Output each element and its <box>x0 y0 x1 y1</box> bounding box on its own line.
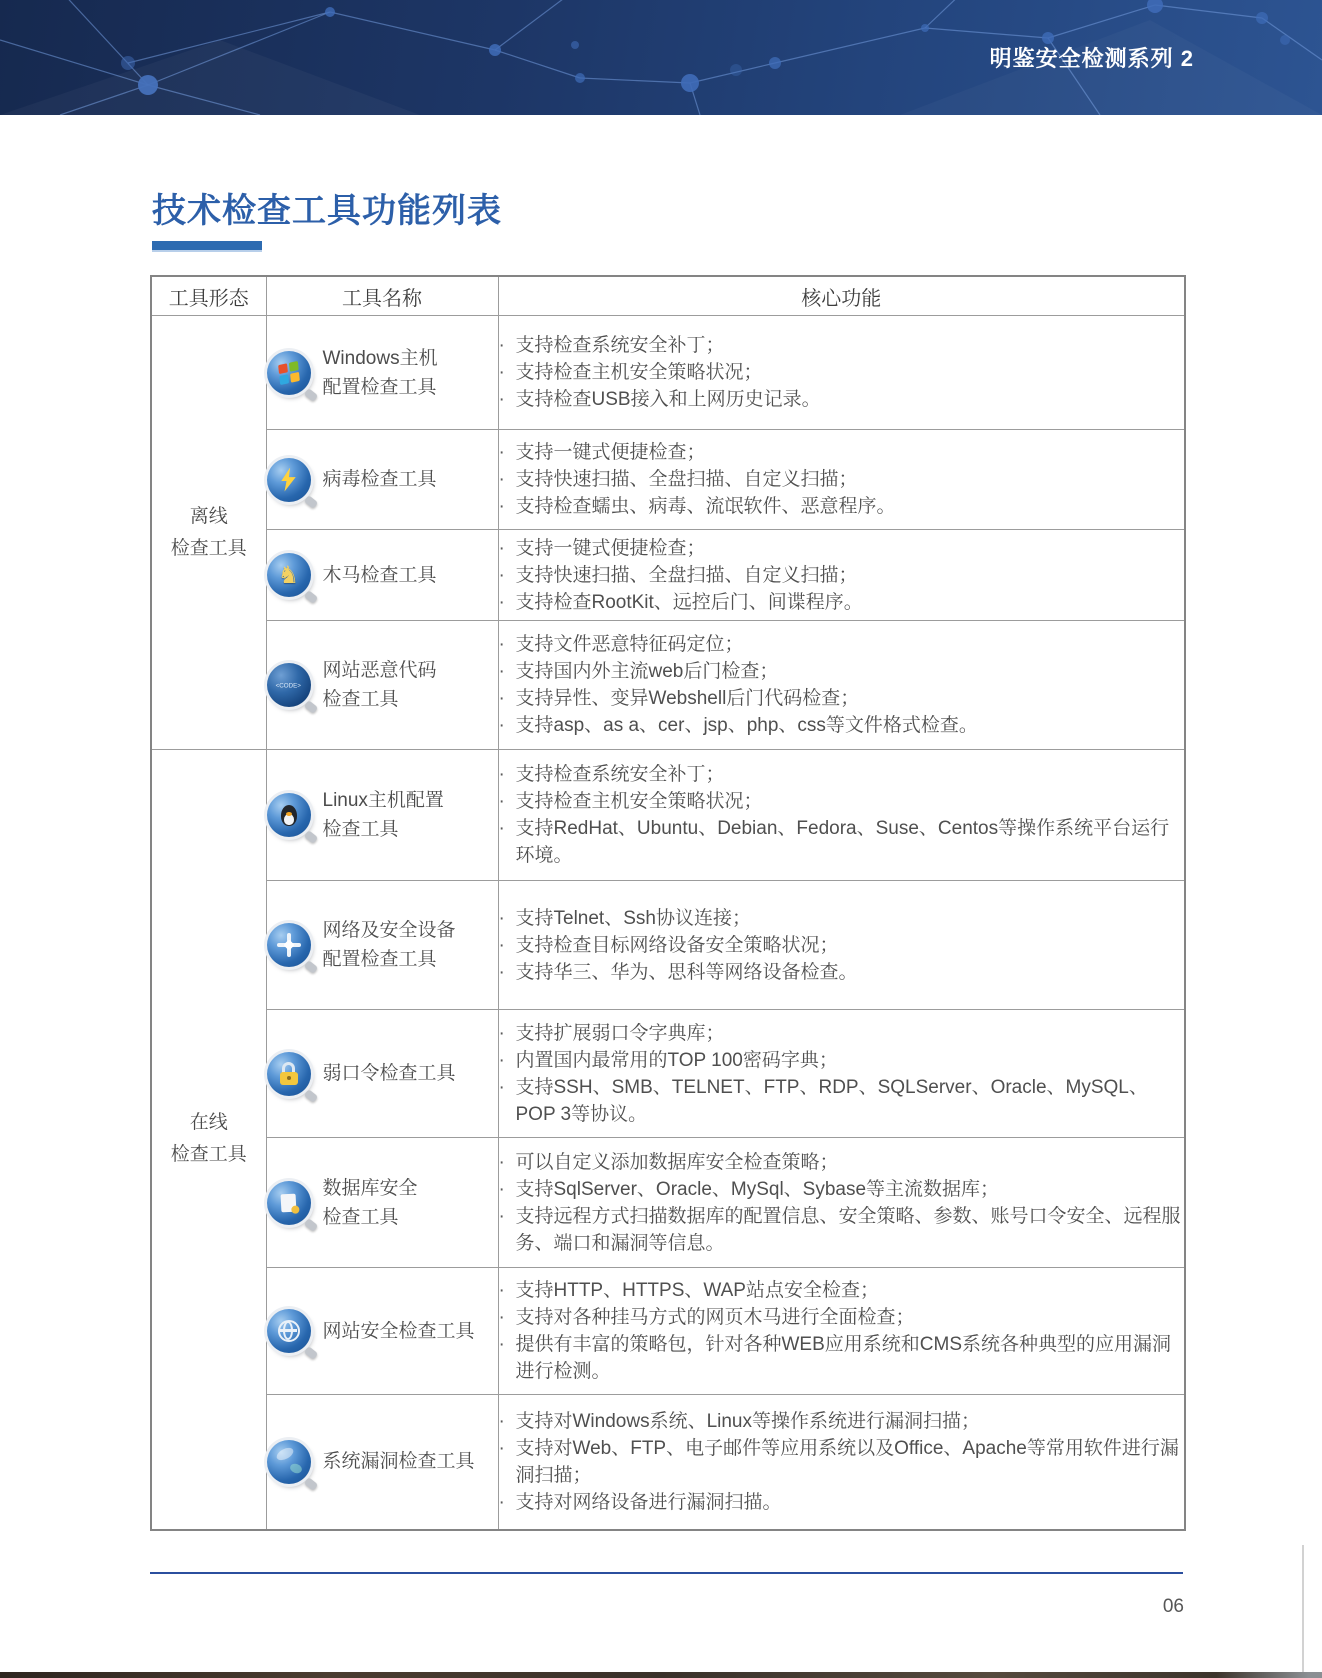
feature-bullet: ·可以自定义添加数据库安全检查策略； <box>499 1149 1185 1176</box>
bullet-dot: · <box>499 905 516 932</box>
bullet-dot: · <box>499 658 516 685</box>
tool-name: 数据库安全 检查工具 <box>323 1174 418 1232</box>
feature-bullet: ·支持SSH、SMB、TELNET、FTP、RDP、SQLServer、Orac… <box>499 1074 1185 1128</box>
linux-penguin-icon <box>267 793 311 837</box>
feature-bullet: ·支持检查主机安全策略状况； <box>499 359 1185 386</box>
feature-bullet: ·支持对各种挂马方式的网页木马进行全面检查； <box>499 1304 1185 1331</box>
tools-feature-table: 工具形态 工具名称 核心功能 离线 检查工具 Windows主机 配置检查工具 … <box>150 275 1186 1531</box>
bullet-dot: · <box>499 332 516 359</box>
bullet-dot: · <box>499 1203 516 1230</box>
tool-name: 网站安全检查工具 <box>323 1317 475 1346</box>
next-page-edge-strip <box>0 1672 1322 1678</box>
bullet-dot: · <box>499 1304 516 1331</box>
page-title: 技术检查工具功能列表 <box>152 183 502 232</box>
globe-vulnerability-icon <box>267 1440 311 1484</box>
page-edge-shadow <box>1302 1545 1304 1672</box>
bullet-dot: · <box>499 1408 516 1435</box>
bullet-dot: · <box>499 932 516 959</box>
feature-bullet: ·支持文件恶意特征码定位； <box>499 631 1185 658</box>
feature-bullet: ·支持检查主机安全策略状况； <box>499 788 1185 815</box>
feature-bullet: ·支持检查蠕虫、病毒、流氓软件、恶意程序。 <box>499 493 1185 520</box>
column-header-core-functions: 核心功能 <box>498 276 1185 316</box>
tool-name: 系统漏洞检查工具 <box>323 1447 475 1476</box>
tool-name: 弱口令检查工具 <box>323 1059 456 1088</box>
feature-bullet: ·支持检查USB接入和上网历史记录。 <box>499 386 1185 413</box>
table-row: 在线 检查工具 Linux主机配置 检查工具 ·支持检查系统安全补丁； ·支持检… <box>151 750 1185 881</box>
feature-bullet: ·支持SqlServer、Oracle、MySql、Sybase等主流数据库； <box>499 1176 1185 1203</box>
bullet-dot: · <box>499 631 516 658</box>
bullet-dot: · <box>499 386 516 413</box>
table-row: 离线 检查工具 Windows主机 配置检查工具 ·支持检查系统安全补丁； ·支… <box>151 316 1185 430</box>
feature-bullet: ·内置国内最常用的TOP 100密码字典； <box>499 1047 1185 1074</box>
tool-name: Linux主机配置 检查工具 <box>323 786 444 844</box>
bullet-dot: · <box>499 1277 516 1304</box>
top-banner: 明鉴安全检测系列 2 <box>0 0 1322 115</box>
bullet-dot: · <box>499 1331 516 1358</box>
feature-bullet: ·支持扩展弱口令字典库； <box>499 1020 1185 1047</box>
tool-name: 网络及安全设备 配置检查工具 <box>323 916 456 974</box>
bullet-dot: · <box>499 1047 516 1074</box>
feature-bullet: ·支持远程方式扫描数据库的配置信息、安全策略、参数、账号口令安全、远程服务、端口… <box>499 1203 1185 1257</box>
page-number: 06 <box>1134 1596 1184 1618</box>
feature-bullet: ·支持检查系统安全补丁； <box>499 761 1185 788</box>
feature-bullet: ·支持对Web、FTP、电子邮件等应用系统以及Office、Apache等常用软… <box>499 1435 1185 1489</box>
feature-bullet: ·支持快速扫描、全盘扫描、自定义扫描； <box>499 562 1185 589</box>
trojan-horse-icon: ♞ <box>267 553 311 597</box>
group-cell-online: 在线 检查工具 <box>151 750 266 1530</box>
bullet-dot: · <box>499 493 516 520</box>
bullet-dot: · <box>499 1435 516 1462</box>
windows-logo-icon <box>267 351 311 395</box>
bullet-dot: · <box>499 1489 516 1516</box>
feature-bullet: ·支持HTTP、HTTPS、WAP站点安全检查； <box>499 1277 1185 1304</box>
bullet-dot: · <box>499 815 516 842</box>
bullet-dot: · <box>499 1176 516 1203</box>
bullet-dot: · <box>499 1020 516 1047</box>
title-underline <box>152 241 262 250</box>
table-row: 弱口令检查工具 ·支持扩展弱口令字典库； ·内置国内最常用的TOP 100密码字… <box>151 1010 1185 1138</box>
feature-bullet: ·支持对Windows系统、Linux等操作系统进行漏洞扫描； <box>499 1408 1185 1435</box>
feature-bullet: ·支持检查RootKit、远控后门、间谍程序。 <box>499 589 1185 616</box>
bullet-dot: · <box>499 562 516 589</box>
table-row: 网站安全检查工具 ·支持HTTP、HTTPS、WAP站点安全检查； ·支持对各种… <box>151 1268 1185 1395</box>
bullet-dot: · <box>499 712 516 739</box>
database-icon <box>267 1181 311 1225</box>
feature-bullet: ·支持对网络设备进行漏洞扫描。 <box>499 1489 1185 1516</box>
bullet-dot: · <box>499 359 516 386</box>
tool-name: Windows主机 配置检查工具 <box>323 344 438 402</box>
tool-name: 病毒检查工具 <box>323 465 437 494</box>
table-row: 病毒检查工具 ·支持一键式便捷检查； ·支持快速扫描、全盘扫描、自定义扫描； ·… <box>151 430 1185 530</box>
table-row: <CODE> 网站恶意代码 检查工具 ·支持文件恶意特征码定位； ·支持国内外主… <box>151 621 1185 750</box>
tool-name: 木马检查工具 <box>323 561 437 590</box>
feature-bullet: ·支持Telnet、Ssh协议连接； <box>499 905 1185 932</box>
tool-name: 网站恶意代码 检查工具 <box>323 656 437 714</box>
table-header-row: 工具形态 工具名称 核心功能 <box>151 276 1185 316</box>
bullet-dot: · <box>499 439 516 466</box>
table-row: 网络及安全设备 配置检查工具 ·支持Telnet、Ssh协议连接； ·支持检查目… <box>151 881 1185 1010</box>
feature-bullet: ·提供有丰富的策略包，针对各种WEB应用系统和CMS系统各种典型的应用漏洞进行检… <box>499 1331 1185 1385</box>
column-header-tool-form: 工具形态 <box>151 276 266 316</box>
feature-bullet: ·支持一键式便捷检查； <box>499 535 1185 562</box>
table-row: 数据库安全 检查工具 ·可以自定义添加数据库安全检查策略； ·支持SqlServ… <box>151 1138 1185 1268</box>
feature-bullet: ·支持异性、变异Webshell后门代码检查； <box>499 685 1185 712</box>
group-cell-offline: 离线 检查工具 <box>151 316 266 750</box>
document-page: 明鉴安全检测系列 2 技术检查工具功能列表 工具形态 工具名称 核心功能 离线 … <box>0 0 1322 1678</box>
bullet-dot: · <box>499 466 516 493</box>
bullet-dot: · <box>499 761 516 788</box>
table-row: 系统漏洞检查工具 ·支持对Windows系统、Linux等操作系统进行漏洞扫描；… <box>151 1395 1185 1530</box>
bullet-dot: · <box>499 1074 516 1101</box>
column-header-tool-name: 工具名称 <box>266 276 498 316</box>
feature-bullet: ·支持华三、华为、思科等网络设备检查。 <box>499 959 1185 986</box>
bullet-dot: · <box>499 589 516 616</box>
feature-bullet: ·支持国内外主流web后门检查； <box>499 658 1185 685</box>
footer-divider-line <box>150 1572 1183 1574</box>
bullet-dot: · <box>499 685 516 712</box>
bullet-dot: · <box>499 788 516 815</box>
feature-bullet: ·支持检查目标网络设备安全策略状况； <box>499 932 1185 959</box>
bullet-dot: · <box>499 959 516 986</box>
feature-bullet: ·支持一键式便捷检查； <box>499 439 1185 466</box>
series-title: 明鉴安全检测系列 2 <box>990 42 1194 73</box>
bullet-dot: · <box>499 535 516 562</box>
feature-bullet: ·支持快速扫描、全盘扫描、自定义扫描； <box>499 466 1185 493</box>
table-row: ♞ 木马检查工具 ·支持一键式便捷检查； ·支持快速扫描、全盘扫描、自定义扫描；… <box>151 530 1185 621</box>
bullet-dot: · <box>499 1149 516 1176</box>
feature-bullet: ·支持RedHat、Ubuntu、Debian、Fedora、Suse、Cent… <box>499 815 1185 869</box>
feature-bullet: ·支持asp、as a、cer、jsp、php、css等文件格式检查。 <box>499 712 1185 739</box>
lightning-virus-icon <box>267 458 311 502</box>
code-globe-icon: <CODE> <box>267 663 311 707</box>
network-device-icon <box>267 923 311 967</box>
web-globe-icon <box>267 1309 311 1353</box>
feature-bullet: ·支持检查系统安全补丁； <box>499 332 1185 359</box>
padlock-icon <box>267 1052 311 1096</box>
